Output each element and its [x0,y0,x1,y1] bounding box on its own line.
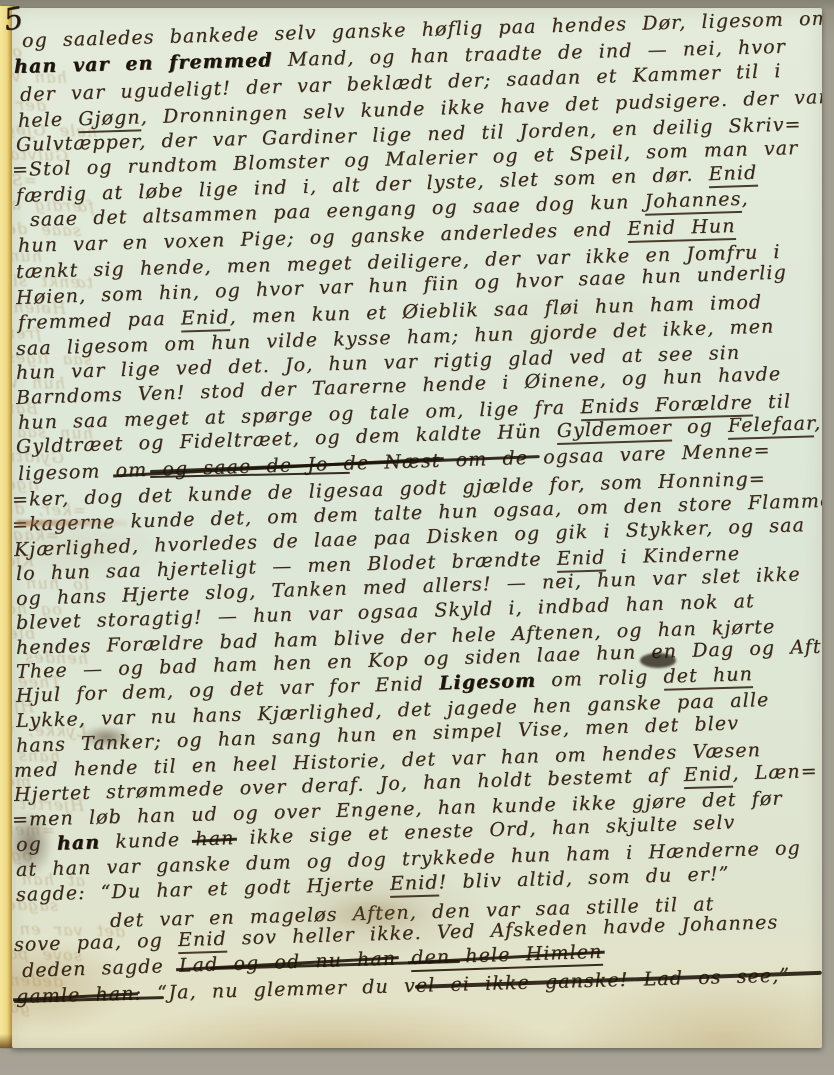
handwriting-segment [396,947,412,969]
handwriting-segment: Enid [683,763,732,789]
handwriting-segment: han var en fremmed [14,49,273,78]
handwriting-segment: , [741,188,749,210]
handwriting-segment: han [195,827,235,850]
handwriting-segment: og [16,833,58,856]
handwriting-segment: Felefaar [728,412,815,440]
handwriting-segment: Johannes [644,188,742,216]
handwriting-segment: om og saae de Jo de Næst [115,450,441,482]
handwriting-segment: gamle han [16,983,135,1008]
handwriting-segment: til [753,390,792,413]
handwriting-segment: om de ogsaa vare Menne= [440,439,771,471]
handwriting-segment: i Kinderne [605,543,740,569]
handwriting-segment: kunde [100,828,196,853]
handwriting-segment: hele [18,108,79,132]
handwriting-segment: Enid Hun [627,215,736,243]
handwriting-segment: Ligesom [439,670,537,695]
manuscript-page: og saaledes bankede selv ganske høflig p… [12,8,822,1048]
handwriting-segment: om rolig [536,666,664,692]
handwriting-segment: Enid [390,871,439,897]
handwriting-layer: og saaledes bankede selv ganske høflig p… [12,8,822,1048]
scanned-manuscript: 5 og saaledes bankede selv ganske høflig… [0,0,834,1075]
handwriting-segment: Enid [708,162,758,189]
handwriting-segment: den hele Himlen [411,941,603,972]
handwriting-segment: , [814,412,822,434]
handwriting-segment: det hun [663,663,753,691]
handwriting-segment: sove paa, og [14,929,179,956]
handwriting-segment: deden sagde [22,955,180,982]
handwriting-segment: Enid [178,928,227,954]
handwriting-segment: han [57,831,101,854]
handwriting-segment: Gjøgn [78,106,141,133]
handwriting-segment: Gyldemoer [556,417,672,445]
handwriting-segment: , Læn= [732,760,818,785]
handwriting-segment: ligesom [18,460,116,485]
handwriting-segment: og [672,415,729,439]
handwriting-segment: Enid [181,306,230,332]
handwriting-segment: fremmed paa [18,307,181,334]
